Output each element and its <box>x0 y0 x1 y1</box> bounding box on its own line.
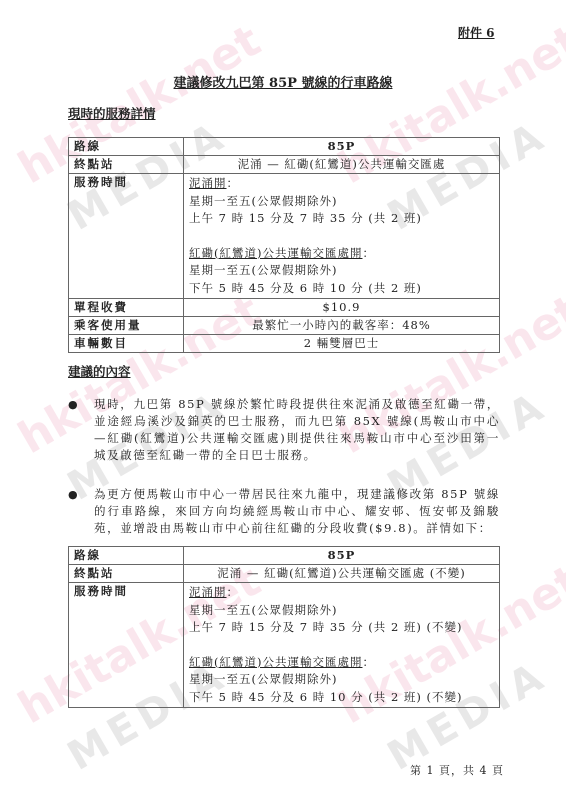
service-times: 上午 7 時 15 分及 7 時 35 分 (共 2 班) <box>189 210 494 228</box>
terminus-label: 終點站 <box>69 156 184 174</box>
service-times: 下午 5 時 45 分及 6 時 10 分 (共 2 班) (不變) <box>189 689 494 707</box>
departure-point: 紅磡(紅鸞道)公共運輸交匯處開 <box>189 246 362 260</box>
current-service-heading: 現時的服務詳情 <box>68 104 156 122</box>
list-item: ● 現時，九巴第 85P 號線於繁忙時段提供往來泥涌及啟德至紅磡一帶，並途經烏溪… <box>68 396 500 464</box>
terminus-label: 終點站 <box>69 565 184 583</box>
service-hours-value: 泥涌開： 星期一至五(公眾假期除外) 上午 7 時 15 分及 7 時 35 分… <box>184 583 500 708</box>
table-row: 服務時間 泥涌開： 星期一至五(公眾假期除外) 上午 7 時 15 分及 7 時… <box>69 174 500 299</box>
service-days: 星期一至五(公眾假期除外) <box>189 262 494 280</box>
table-row: 終點站 泥涌 — 紅磡(紅鸞道)公共運輸交匯處 <box>69 156 500 174</box>
page-indicator: 第 1 頁，共 4 頁 <box>410 762 504 778</box>
service-days: 星期一至五(公眾假期除外) <box>189 671 494 689</box>
proposal-heading: 建議的內容 <box>68 362 131 380</box>
service-days: 星期一至五(公眾假期除外) <box>189 602 494 620</box>
patronage-label: 乘客使用量 <box>69 317 184 335</box>
table-row: 路線 85P <box>69 138 500 156</box>
bullet-icon: ● <box>68 486 79 503</box>
table-row: 終點站 泥涌 — 紅磡(紅鸞道)公共運輸交匯處 (不變) <box>69 565 500 583</box>
proposed-service-table: 路線 85P 終點站 泥涌 — 紅磡(紅鸞道)公共運輸交匯處 (不變) 服務時間… <box>68 546 500 708</box>
fare-label: 單程收費 <box>69 299 184 317</box>
table-row: 乘客使用量 最繁忙一小時內的載客率：48% <box>69 317 500 335</box>
service-times: 上午 7 時 15 分及 7 時 35 分 (共 2 班) (不變) <box>189 619 494 637</box>
fleet-label: 車輛數目 <box>69 335 184 353</box>
terminus-value: 泥涌 — 紅磡(紅鸞道)公共運輸交匯處 (不變) <box>184 565 500 583</box>
service-days: 星期一至五(公眾假期除外) <box>189 193 494 211</box>
colon: ： <box>362 246 375 260</box>
patronage-value: 最繁忙一小時內的載客率：48% <box>184 317 500 335</box>
departure-point: 紅磡(紅鸞道)公共運輸交匯處開 <box>189 655 362 669</box>
current-service-table: 路線 85P 終點站 泥涌 — 紅磡(紅鸞道)公共運輸交匯處 服務時間 泥涌開：… <box>68 137 500 353</box>
departure-point: 泥涌開 <box>189 585 227 599</box>
route-value: 85P <box>184 138 500 156</box>
service-hours-label: 服務時間 <box>69 583 184 708</box>
service-hours-label: 服務時間 <box>69 174 184 299</box>
route-label: 路線 <box>69 138 184 156</box>
table-row: 單程收費 $10.9 <box>69 299 500 317</box>
table-row: 車輛數目 2 輛雙層巴士 <box>69 335 500 353</box>
annex-label: 附件 6 <box>458 24 495 41</box>
fare-value: $10.9 <box>184 299 500 317</box>
bullet-text: 為更方便馬鞍山市中心一帶居民往來九龍中，現建議修改第 85P 號線的行車路線，來… <box>94 487 500 535</box>
colon: ： <box>227 176 240 190</box>
terminus-value: 泥涌 — 紅磡(紅鸞道)公共運輸交匯處 <box>184 156 500 174</box>
route-label: 路線 <box>69 547 184 565</box>
service-hours-value: 泥涌開： 星期一至五(公眾假期除外) 上午 7 時 15 分及 7 時 35 分… <box>184 174 500 299</box>
colon: ： <box>362 655 375 669</box>
route-value: 85P <box>184 547 500 565</box>
service-times: 下午 5 時 45 分及 6 時 10 分 (共 2 班) <box>189 280 494 298</box>
list-item: ● 為更方便馬鞍山市中心一帶居民往來九龍中，現建議修改第 85P 號線的行車路線… <box>68 486 500 537</box>
fleet-value: 2 輛雙層巴士 <box>184 335 500 353</box>
colon: ： <box>227 585 240 599</box>
proposal-bullets: ● 現時，九巴第 85P 號線於繁忙時段提供往來泥涌及啟德至紅磡一帶，並途經烏溪… <box>68 396 500 559</box>
departure-point: 泥涌開 <box>189 176 227 190</box>
bullet-icon: ● <box>68 396 79 413</box>
bullet-text: 現時，九巴第 85P 號線於繁忙時段提供往來泥涌及啟德至紅磡一帶，並途經烏溪沙及… <box>94 397 500 462</box>
table-row: 服務時間 泥涌開： 星期一至五(公眾假期除外) 上午 7 時 15 分及 7 時… <box>69 583 500 708</box>
document-title: 建議修改九巴第 85P 號線的行車路線 <box>0 72 566 91</box>
table-row: 路線 85P <box>69 547 500 565</box>
